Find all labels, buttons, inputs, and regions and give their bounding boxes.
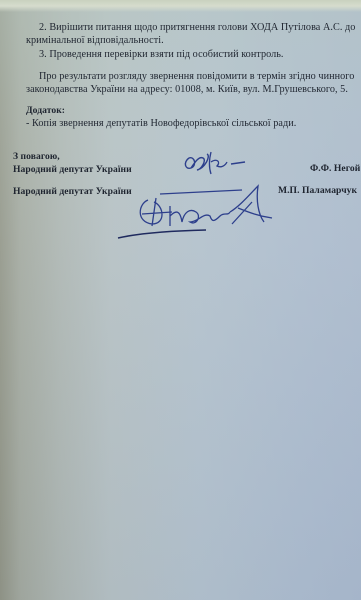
item-2-line-1: 2. Вирішити питання щодо притягнення гол… xyxy=(39,22,355,33)
result-paragraph-line-2: законодавства України на адресу: 01008, … xyxy=(26,84,348,95)
attachment-item: - Копія звернення депутатів Новофедорівс… xyxy=(26,118,296,129)
signature-1-icon xyxy=(175,148,265,178)
signer-2-name: М.П. Паламарчук xyxy=(278,185,357,196)
closing-phrase: З повагою, xyxy=(13,151,60,162)
paper-page: 2. Вирішити питання щодо притягнення гол… xyxy=(0,0,361,600)
item-3: 3. Проведення перевірки взяти під особис… xyxy=(39,49,284,60)
signature-2-icon xyxy=(112,182,287,242)
item-2-line-2: кримінальної відповідальності. xyxy=(26,35,164,46)
attachment-heading: Додаток: xyxy=(26,105,65,116)
signer-1-title: Народний депутат України xyxy=(13,164,132,175)
paper-top-edge xyxy=(0,0,361,12)
signer-2-title: Народний депутат України xyxy=(13,186,132,197)
result-paragraph-line-1: Про результати розгляду звернення повідо… xyxy=(39,71,354,82)
signer-1-name: Ф.Ф. Негой xyxy=(310,163,360,174)
